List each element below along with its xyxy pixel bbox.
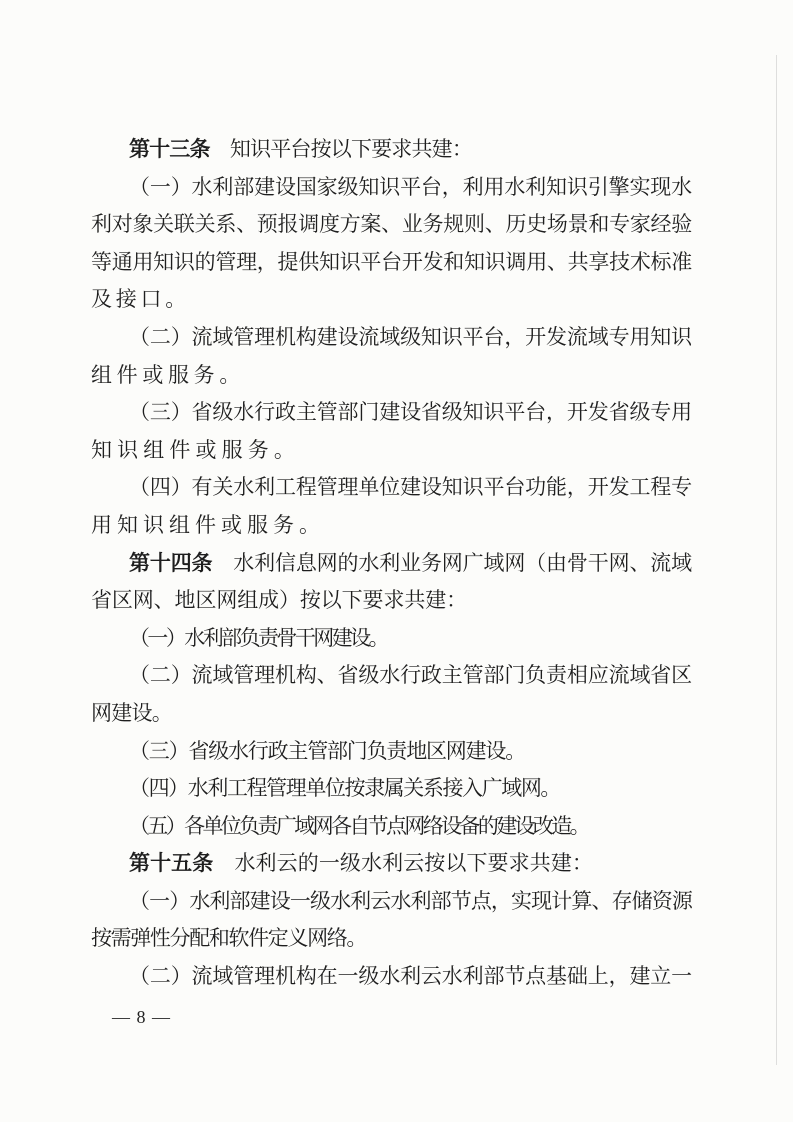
- text-segment: 知识平台按以下要求共建：: [210, 137, 472, 161]
- text-line-content: 第十四条 水利信息网的水利业务网广域网（由骨干网、流域: [129, 545, 692, 583]
- text-line: （二）流域管理机构、省级水行政主管部门负责相应流域省区: [91, 657, 692, 695]
- text-line-content: （一）水利部建设一级水利云水利部节点，实现计算、存储资源: [129, 883, 692, 921]
- article-number: 第十三条: [129, 138, 210, 161]
- text-segment: 水利云的一级水利云按以下要求共建：: [213, 851, 593, 875]
- text-line-content: 利对象关联关系、预报调度方案、业务规则、历史场景和专家经验: [91, 206, 692, 244]
- text-segment: 用知识组件或服务。: [91, 513, 325, 537]
- text-line: 第十四条 水利信息网的水利业务网广域网（由骨干网、流域: [91, 545, 692, 583]
- text-line: 等通用知识的管理，提供知识平台开发和知识调用、共享技术标准: [91, 244, 692, 282]
- text-line: 第十五条 水利云的一级水利云按以下要求共建：: [91, 845, 692, 883]
- text-line: 组件或服务。: [91, 357, 692, 395]
- text-segment: （五）各单位负责广域网各自节点网络设备的建设改造。: [129, 814, 588, 838]
- text-line-content: 用知识组件或服务。: [91, 507, 325, 545]
- text-line: （四）有关水利工程管理单位建设知识平台功能，开发工程专: [91, 469, 692, 507]
- text-segment: （二）流域管理机构在一级水利云水利部节点基础上，建立一: [129, 964, 692, 988]
- text-segment: （四）水利工程管理单位按隶属关系接入广域网。: [129, 776, 560, 800]
- text-line-content: 及接口。: [91, 281, 190, 319]
- text-line-content: 网建设。: [91, 695, 172, 733]
- text-line-content: 等通用知识的管理，提供知识平台开发和知识调用、共享技术标准: [91, 244, 692, 282]
- text-segment: 及接口。: [91, 287, 190, 311]
- article-number: 第十五条: [129, 852, 213, 875]
- text-segment: （四）有关水利工程管理单位建设知识平台功能，开发工程专: [129, 475, 692, 499]
- text-segment: 水利信息网的水利业务网广域网（由骨干网、流域: [212, 551, 692, 575]
- text-line-content: （三）省级水行政主管部门负责地区网建设。: [129, 733, 525, 771]
- text-line: （五）各单位负责广域网各自节点网络设备的建设改造。: [91, 808, 692, 846]
- scan-artifact-line: [776, 55, 777, 1065]
- text-segment: 利对象关联关系、预报调度方案、业务规则、历史场景和专家经验: [91, 212, 692, 236]
- text-segment: （三）省级水行政主管部门建设省级知识平台，开发省级专用: [129, 400, 692, 424]
- text-line-content: 省区网、地区网组成）按以下要求共建：: [91, 582, 467, 620]
- text-line: （一）水利部负责骨干网建设。: [91, 620, 692, 658]
- text-line: 按需弹性分配和软件定义网络。: [91, 920, 692, 958]
- text-line: 第十三条 知识平台按以下要求共建：: [91, 131, 692, 169]
- text-line: （三）省级水行政主管部门建设省级知识平台，开发省级专用: [91, 394, 692, 432]
- page-number: — 8 —: [112, 1002, 171, 1032]
- text-line: 利对象关联关系、预报调度方案、业务规则、历史场景和专家经验: [91, 206, 692, 244]
- text-line-content: （一）水利部建设国家级知识平台，利用水利知识引擎实现水: [129, 169, 692, 207]
- document-text-block: 第十三条 知识平台按以下要求共建：（一）水利部建设国家级知识平台，利用水利知识引…: [91, 131, 692, 996]
- text-line: （二）流域管理机构建设流域级知识平台，开发流域专用知识: [91, 319, 692, 357]
- text-line: （三）省级水行政主管部门负责地区网建设。: [91, 733, 692, 771]
- text-line-content: （一）水利部负责骨干网建设。: [129, 620, 387, 658]
- article-number: 第十四条: [129, 552, 212, 575]
- text-line-content: （三）省级水行政主管部门建设省级知识平台，开发省级专用: [129, 394, 692, 432]
- text-segment: （一）水利部建设国家级知识平台，利用水利知识引擎实现水: [129, 175, 692, 199]
- text-segment: 网建设。: [91, 701, 172, 725]
- text-segment: 等通用知识的管理，提供知识平台开发和知识调用、共享技术标准: [91, 250, 692, 274]
- scanned-document-page: 第十三条 知识平台按以下要求共建：（一）水利部建设国家级知识平台，利用水利知识引…: [0, 0, 793, 1122]
- text-line-content: （二）流域管理机构建设流域级知识平台，开发流域专用知识: [129, 319, 692, 357]
- text-line: 及接口。: [91, 281, 692, 319]
- text-segment: （一）水利部建设一级水利云水利部节点，实现计算、存储资源: [129, 889, 692, 913]
- text-line-content: （五）各单位负责广域网各自节点网络设备的建设改造。: [129, 808, 588, 846]
- text-line: 省区网、地区网组成）按以下要求共建：: [91, 582, 692, 620]
- text-line-content: （二）流域管理机构、省级水行政主管部门负责相应流域省区: [129, 657, 692, 695]
- text-segment: （二）流域管理机构、省级水行政主管部门负责相应流域省区: [129, 663, 692, 687]
- text-line: （四）水利工程管理单位按隶属关系接入广域网。: [91, 770, 692, 808]
- text-segment: 知识组件或服务。: [91, 438, 300, 462]
- text-line-content: （四）水利工程管理单位按隶属关系接入广域网。: [129, 770, 560, 808]
- text-line-content: （四）有关水利工程管理单位建设知识平台功能，开发工程专: [129, 469, 692, 507]
- text-line-content: 知识组件或服务。: [91, 432, 300, 470]
- text-line-content: （二）流域管理机构在一级水利云水利部节点基础上，建立一: [129, 958, 692, 996]
- text-line: （二）流域管理机构在一级水利云水利部节点基础上，建立一: [91, 958, 692, 996]
- text-line: （一）水利部建设国家级知识平台，利用水利知识引擎实现水: [91, 169, 692, 207]
- text-segment: 组件或服务。: [91, 363, 245, 387]
- text-segment: 按需弹性分配和软件定义网络。: [91, 926, 366, 950]
- text-line-content: 组件或服务。: [91, 357, 245, 395]
- text-line-content: 按需弹性分配和软件定义网络。: [91, 920, 366, 958]
- text-line: 网建设。: [91, 695, 692, 733]
- text-line: 用知识组件或服务。: [91, 507, 692, 545]
- text-line: 知识组件或服务。: [91, 432, 692, 470]
- text-line-content: 第十五条 水利云的一级水利云按以下要求共建：: [129, 845, 593, 883]
- text-line-content: 第十三条 知识平台按以下要求共建：: [129, 131, 472, 169]
- text-segment: 省区网、地区网组成）按以下要求共建：: [91, 588, 467, 612]
- text-segment: （一）水利部负责骨干网建设。: [129, 626, 387, 650]
- text-segment: （三）省级水行政主管部门负责地区网建设。: [129, 739, 525, 763]
- text-segment: （二）流域管理机构建设流域级知识平台，开发流域专用知识: [129, 325, 692, 349]
- text-line: （一）水利部建设一级水利云水利部节点，实现计算、存储资源: [91, 883, 692, 921]
